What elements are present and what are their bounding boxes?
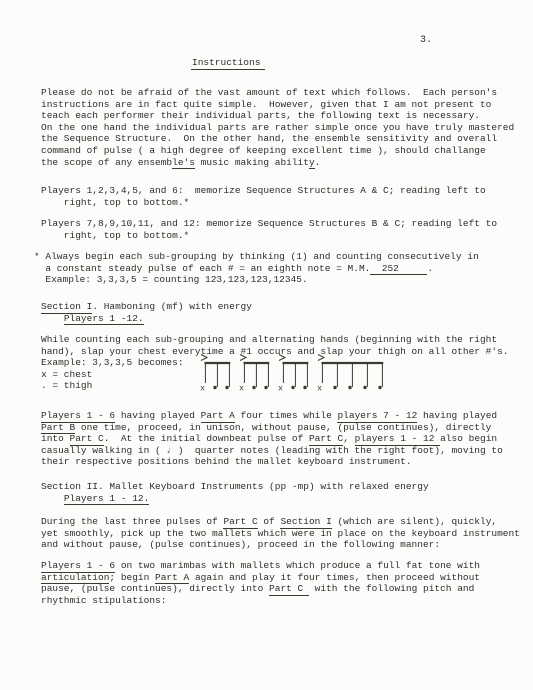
footnote: * Always begin each sub-grouping by thin… — [34, 251, 479, 286]
text-segment: instructions are in fact quite simple. H… — [41, 99, 491, 110]
dot-notehead — [333, 386, 336, 389]
page-title-text: Instructions — [191, 57, 265, 70]
dot-notehead — [378, 386, 381, 389]
text-segment: teach each performer their individual pa… — [41, 110, 480, 121]
text-line: right, top to bottom.* — [41, 197, 486, 209]
text-line: into Part C. At the initial downbeat pul… — [41, 433, 503, 445]
accent-mark — [318, 355, 324, 361]
x-notehead: x — [239, 384, 244, 394]
text-segment: the Sequence Structure. On the other han… — [41, 133, 497, 144]
text-segment: While counting each sub-grouping and alt… — [41, 334, 497, 345]
text-line: Players 7,8,9,10,11, and 12: memorize Se… — [41, 218, 497, 230]
text-line: yet smoothly, pick up the two mallets wh… — [41, 528, 520, 540]
text-segment — [41, 493, 64, 504]
text-segment: casually walking in ( ♩ ) quarter notes … — [41, 445, 503, 456]
text-segment: Please do not be afraid of the vast amou… — [41, 87, 497, 98]
text-segment: . = thigh — [41, 380, 92, 391]
text-segment: Example: 3,3,3,5 = counting 123,123,123,… — [34, 274, 308, 285]
text-line: Players 1 - 12. — [41, 493, 429, 505]
text-line: * Always begin each sub-grouping by thin… — [34, 251, 479, 263]
document-page: 3. Instructions Please do not be afraid … — [0, 0, 533, 690]
text-line: Example: 3,3,3,5 = counting 123,123,123,… — [34, 274, 479, 286]
dot-notehead — [348, 386, 351, 389]
text-segment: . At the initial downbeat pulse of — [104, 433, 309, 444]
text-segment: having played — [417, 410, 497, 421]
intro-paragraph: Please do not be afraid of the vast amou… — [41, 87, 514, 168]
text-segment: on two marimbas with mallets which produ… — [115, 560, 480, 571]
text-line: During the last three pulses of Part C o… — [41, 516, 520, 528]
text-segment: a constant steady pulse of each # = an e… — [34, 263, 370, 274]
underlined-text: Players 1 - 6 — [41, 560, 115, 573]
section2-heading: Section II. Mallet Keyboard Instruments … — [41, 481, 429, 504]
players-group-b: Players 7,8,9,10,11, and 12: memorize Se… — [41, 218, 497, 241]
text-line: and without pause, (pulse continues), pr… — [41, 539, 520, 551]
text-segment: On the one hand the individual parts are… — [41, 122, 514, 133]
text-line: right, top to bottom.* — [41, 230, 497, 242]
section1-heading: Section I. Hamboning (mf) with energy Pl… — [41, 301, 252, 324]
marimba-paragraph: Players 1 - 6 on two marimbas with malle… — [41, 560, 480, 606]
text-segment: of — [258, 516, 281, 527]
text-line: pause, (pulse continues), directly into … — [41, 583, 480, 595]
text-line: their respective positions behind the ma… — [41, 456, 503, 468]
during-paragraph: During the last three pulses of Part C o… — [41, 516, 520, 551]
players-group-a: Players 1,2,3,4,5, and 6: memorize Seque… — [41, 185, 486, 208]
walk-paragraph: Players 1 - 6 having played Part A four … — [41, 410, 503, 468]
text-segment: Players 1,2,3,4,5, and 6: memorize Seque… — [41, 185, 486, 196]
accent-mark — [240, 355, 246, 361]
text-segment: Players 7,8,9,10,11, and 12: memorize Se… — [41, 218, 497, 229]
text-segment: Example: 3,3,3,5 becomes: — [41, 357, 184, 368]
text-segment: four times while — [235, 410, 338, 421]
text-line: casually walking in ( ♩ ) quarter notes … — [41, 445, 503, 457]
dot-notehead — [225, 386, 228, 389]
rhythm-notation-svg: xxxx — [197, 352, 392, 394]
text-segment: rhythmic stipulations: — [41, 595, 166, 606]
text-segment: again and play it four times, then proce… — [189, 572, 480, 583]
text-segment: . Hamboning (mf) with energy — [92, 301, 252, 312]
text-segment: (which are silent), quickly, — [332, 516, 497, 527]
text-segment: music making abilit — [195, 157, 309, 168]
text-segment: right, top to bottom.* — [41, 197, 189, 208]
underlined-text: Part C — [269, 583, 309, 596]
underlined-text: Players 1 -12. — [64, 313, 144, 326]
text-line: Players 1 -12. — [41, 313, 252, 325]
text-line: command of pulse ( a high degree of keep… — [41, 145, 514, 157]
text-segment: pause, (pulse continues), directly into — [41, 583, 269, 594]
text-line: articulation; begin Part A again and pla… — [41, 572, 480, 584]
text-line: Players 1,2,3,4,5, and 6: memorize Seque… — [41, 185, 486, 197]
accent-mark — [201, 355, 207, 361]
text-line: rhythmic stipulations: — [41, 595, 480, 607]
dot-notehead — [363, 386, 366, 389]
dot-notehead — [213, 386, 216, 389]
text-segment: right, top to bottom.* — [41, 230, 189, 241]
text-line: teach each performer their individual pa… — [41, 110, 514, 122]
underlined-text: Players 1 - 12. — [64, 493, 150, 506]
text-segment: command of pulse ( a high degree of keep… — [41, 145, 486, 156]
text-line: While counting each sub-grouping and alt… — [41, 334, 508, 346]
page-number: 3. — [420, 35, 432, 46]
accent-mark — [279, 355, 285, 361]
text-line: instructions are in fact quite simple. H… — [41, 99, 514, 111]
text-segment: with the following pitch and — [309, 583, 474, 594]
text-segment: their respective positions behind the ma… — [41, 456, 412, 467]
dot-notehead — [264, 386, 267, 389]
text-segment: also begin — [440, 433, 497, 444]
text-segment: * Always begin each sub-grouping by thin… — [34, 251, 479, 262]
text-line: Part B one time, proceed, in unison, wit… — [41, 422, 503, 434]
text-segment: one time, proceed, in unison, without pa… — [75, 422, 491, 433]
text-segment: . — [427, 263, 433, 274]
dot-notehead — [291, 386, 294, 389]
text-segment: x = chest — [41, 369, 92, 380]
x-notehead: x — [200, 384, 205, 394]
text-segment: . — [315, 157, 321, 168]
page-title: Instructions — [191, 57, 265, 68]
text-line: a constant steady pulse of each # = an e… — [34, 263, 479, 275]
text-segment — [41, 313, 64, 324]
text-line: the Sequence Structure. On the other han… — [41, 133, 514, 145]
text-segment: into — [41, 433, 70, 444]
x-notehead: x — [278, 384, 283, 394]
x-notehead: x — [317, 384, 322, 394]
text-line: Please do not be afraid of the vast amou… — [41, 87, 514, 99]
text-segment: , — [343, 433, 354, 444]
dot-notehead — [252, 386, 255, 389]
text-line: Players 1 - 6 on two marimbas with malle… — [41, 560, 480, 572]
text-segment: and without pause, (pulse continues), pr… — [41, 539, 440, 550]
text-segment: During the last three pulses of — [41, 516, 223, 527]
text-line: Players 1 - 6 having played Part A four … — [41, 410, 503, 422]
text-segment: the scope of any ensemb — [41, 157, 172, 168]
text-line: Section II. Mallet Keyboard Instruments … — [41, 481, 429, 493]
text-segment: ; begin — [109, 572, 155, 583]
text-segment: having played — [115, 410, 201, 421]
text-line: Section I. Hamboning (mf) with energy — [41, 301, 252, 313]
underlined-text: 252 — [370, 263, 427, 276]
text-segment: yet smoothly, pick up the two mallets wh… — [41, 528, 520, 539]
text-segment: Section II. Mallet Keyboard Instruments … — [41, 481, 429, 492]
text-line: the scope of any ensemble's music making… — [41, 157, 514, 169]
underlined-text: le's — [172, 157, 195, 170]
dot-notehead — [303, 386, 306, 389]
text-line: On the one hand the individual parts are… — [41, 122, 514, 134]
